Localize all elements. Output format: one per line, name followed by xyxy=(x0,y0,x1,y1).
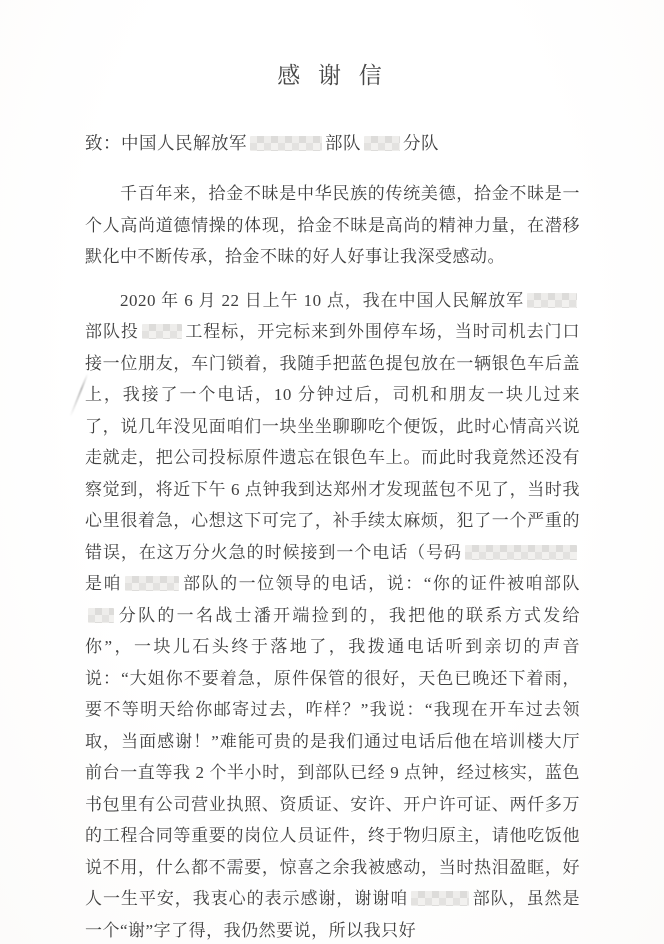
redaction-block xyxy=(88,608,114,623)
redaction-block xyxy=(250,136,322,151)
redaction-block xyxy=(125,576,179,591)
paragraph-2-text: 2020 年 6 月 22 日上午 10 点，我在中国人民解放军 xyxy=(120,291,524,310)
redaction-block xyxy=(527,293,577,308)
redaction-block xyxy=(364,136,400,151)
paragraph-2-text: 部队的一位领导的电话，说：“你的证件被咱部队 xyxy=(182,574,580,593)
paragraph-2-text: 工程标，开完标来到外围停车场，当时司机去门口接一位朋友，车门锁着，我随手把蓝色提… xyxy=(85,322,580,562)
paragraph-2-text: 部队投 xyxy=(85,322,139,341)
salutation-text-3: 分队 xyxy=(403,133,439,153)
paragraph-2: 2020 年 6 月 22 日上午 10 点，我在中国人民解放军部队投工程标，开… xyxy=(85,285,580,944)
scanned-letter-page: 感 谢 信 致：中国人民解放军部队分队 千百年来，拾金不昧是中华民族的传统美德，… xyxy=(0,0,664,944)
salutation-text-2: 部队 xyxy=(325,133,361,153)
paragraph-2-text: 分队的一名战士潘开端捡到的，我把他的联系方式发给你”，一块儿石头终于落地了，我拨… xyxy=(85,606,580,909)
letter-title: 感 谢 信 xyxy=(85,62,580,90)
redaction-block xyxy=(465,545,577,560)
paragraph-2-text: 是咱 xyxy=(85,574,122,593)
redaction-block xyxy=(142,324,182,339)
redaction-block xyxy=(411,891,469,906)
salutation-line: 致：中国人民解放军部队分队 xyxy=(85,130,580,156)
paragraph-1-text: 千百年来，拾金不昧是中华民族的传统美德，拾金不昧是一个人高尚道德情操的体现，拾金… xyxy=(85,184,580,266)
salutation-text-1: 致：中国人民解放军 xyxy=(85,133,247,153)
paragraph-1: 千百年来，拾金不昧是中华民族的传统美德，拾金不昧是一个人高尚道德情操的体现，拾金… xyxy=(85,178,580,273)
